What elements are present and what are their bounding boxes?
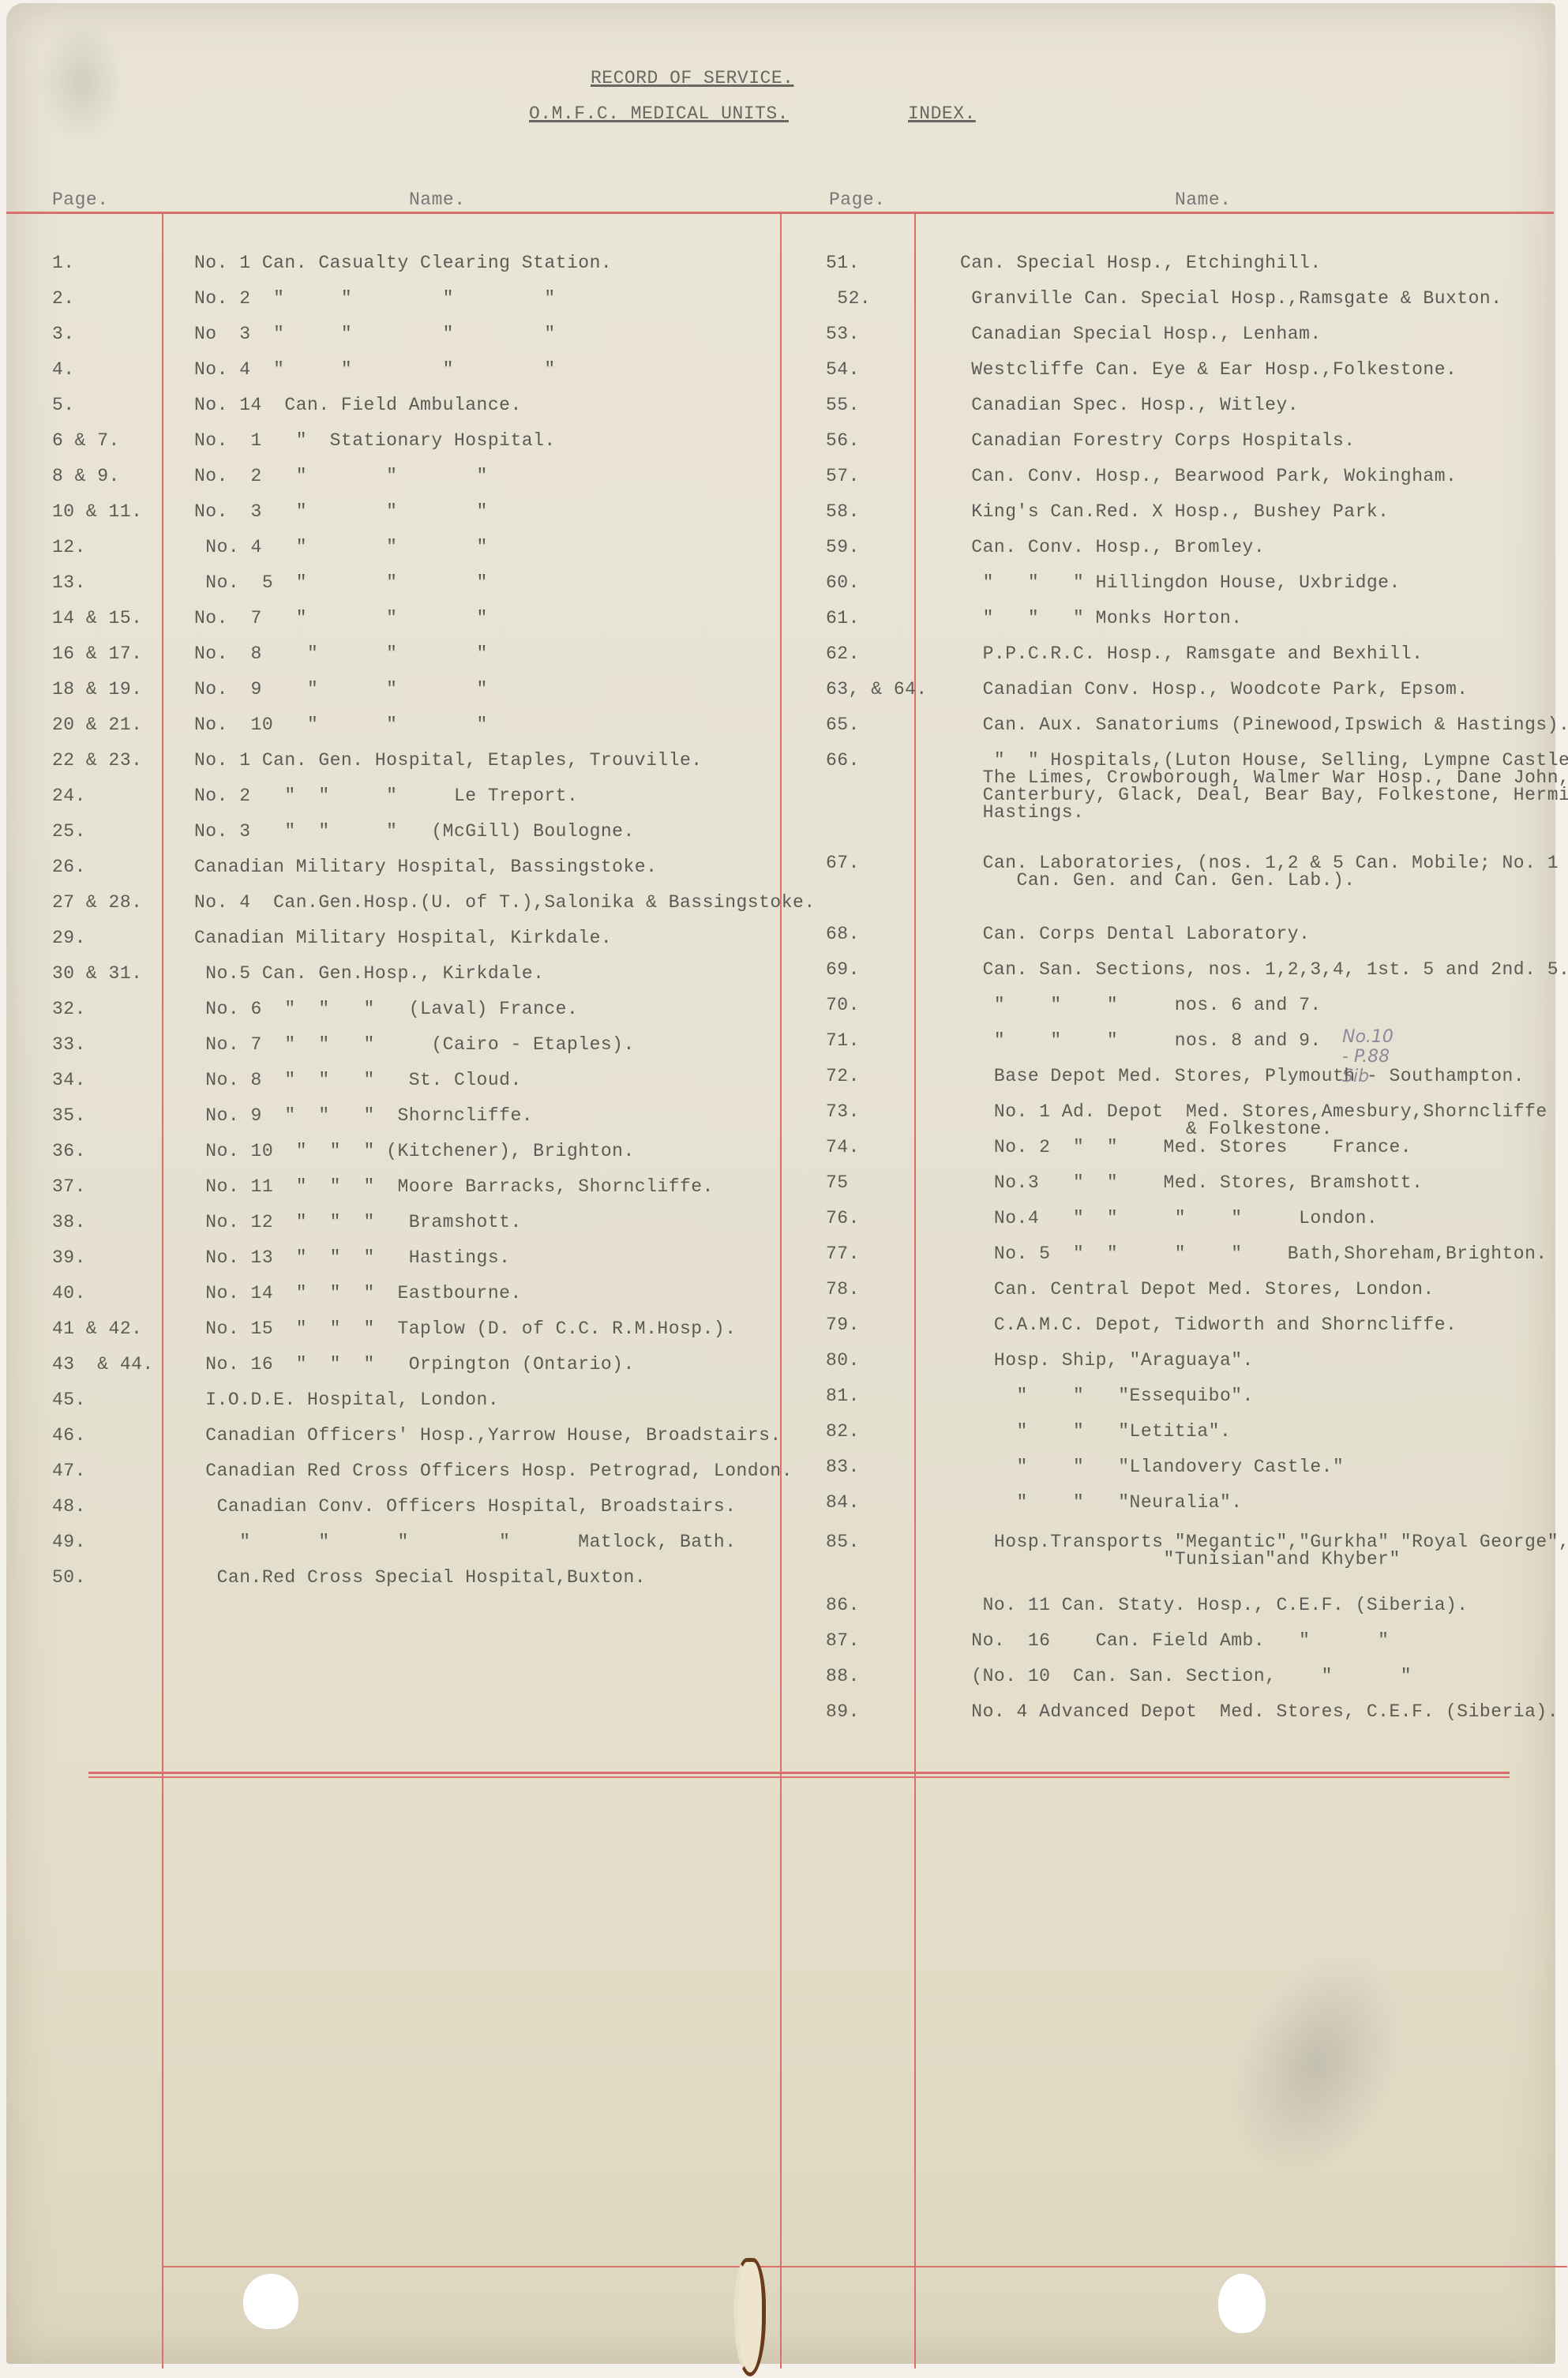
index-label: INDEX. — [908, 103, 976, 124]
page-number: 88. — [826, 1666, 860, 1686]
unit-name: " " " Hillingdon House, Uxbridge. — [960, 572, 1401, 593]
footer-rule-lower — [88, 1776, 1510, 1778]
left-column-divider — [162, 213, 163, 2369]
page-number: 82. — [826, 1421, 860, 1442]
unit-name: No. 5 " " " — [194, 572, 488, 593]
unit-name: No. 4 Can.Gen.Hosp.(U. of T.),Salonika &… — [194, 892, 816, 913]
unit-name: No. 11 Can. Staty. Hosp., C.E.F. (Siberi… — [960, 1595, 1469, 1615]
page-number: 12. — [52, 537, 86, 557]
page-number: 79. — [826, 1315, 860, 1335]
page-number: 67. — [826, 853, 860, 873]
page-number: 49. — [52, 1532, 86, 1552]
unit-name: No 3 " " " " — [194, 324, 556, 344]
unit-name: No. 14 " " " Eastbourne. — [194, 1283, 522, 1303]
page-number: 20 & 21. — [52, 715, 142, 735]
unit-name: Can. San. Sections, nos. 1,2,3,4, 1st. 5… — [960, 959, 1568, 980]
unit-name: No. 2 " " " Le Treport. — [194, 786, 578, 806]
page-number: 41 & 42. — [52, 1318, 142, 1339]
unit-name: Westcliffe Can. Eye & Ear Hosp.,Folkesto… — [960, 359, 1457, 380]
page-number: 54. — [826, 359, 860, 380]
page-number: 48. — [52, 1496, 86, 1517]
page-number: 37. — [52, 1176, 86, 1197]
unit-name-continuation: "Tunisian"and Khyber" — [960, 1549, 1401, 1570]
page-number: 70. — [826, 995, 860, 1015]
unit-name: " " " Monks Horton. — [960, 608, 1243, 628]
footer-rule-upper — [88, 1772, 1510, 1774]
unit-name: " " "Llandovery Castle." — [960, 1457, 1344, 1477]
unit-name: Canadian Conv. Hosp., Woodcote Park, Eps… — [960, 679, 1469, 700]
unit-name: " " "Letitia". — [960, 1421, 1231, 1442]
unit-name: " " "Neuralia". — [960, 1492, 1243, 1513]
page-number: 62. — [826, 643, 860, 664]
page-number: 78. — [826, 1279, 860, 1300]
unit-name: Granville Can. Special Hosp.,Ramsgate & … — [960, 288, 1502, 309]
unit-name: No. 6 " " " (Laval) France. — [194, 999, 578, 1019]
page-number: 59. — [826, 537, 860, 557]
page-number: 1. — [52, 253, 75, 273]
unit-name: C.A.M.C. Depot, Tidworth and Shorncliffe… — [960, 1315, 1457, 1335]
unit-name: Canadian Red Cross Officers Hosp. Petrog… — [194, 1461, 793, 1481]
unit-name: Canadian Military Hospital, Kirkdale. — [194, 928, 612, 948]
page-number: 38. — [52, 1212, 86, 1232]
unit-name: " " " nos. 8 and 9. — [960, 1030, 1322, 1051]
unit-name: No. 9 " " " — [194, 679, 488, 700]
unit-name: Canadian Special Hosp., Lenham. — [960, 324, 1322, 344]
unit-name: No. 1 Can. Casualty Clearing Station. — [194, 253, 612, 273]
unit-name: No. 8 " " " — [194, 643, 488, 664]
page-number: 25. — [52, 821, 86, 842]
unit-name: Can. Conv. Hosp., Bearwood Park, Wokingh… — [960, 466, 1457, 486]
page-number: 56. — [826, 430, 860, 451]
unit-name: No. 7 " " " — [194, 608, 488, 628]
unit-name: No. 16 " " " Orpington (Ontario). — [194, 1354, 635, 1375]
page-number: 75 — [826, 1172, 849, 1193]
page-number: 76. — [826, 1208, 860, 1228]
page-number: 6 & 7. — [52, 430, 120, 451]
page-number: 69. — [826, 959, 860, 980]
page-number: 46. — [52, 1425, 86, 1446]
page-number: 58. — [826, 501, 860, 522]
unit-name: No. 3 " " " — [194, 501, 488, 522]
unit-name: Can.Red Cross Special Hospital,Buxton. — [194, 1567, 646, 1588]
page-number: 22 & 23. — [52, 750, 142, 771]
unit-name: Base Depot Med. Stores, Plymouth - South… — [960, 1066, 1525, 1086]
page-number: 61. — [826, 608, 860, 628]
unit-name: No. 9 " " " Shorncliffe. — [194, 1105, 533, 1126]
page-number: 47. — [52, 1461, 86, 1481]
unit-name: I.O.D.E. Hospital, London. — [194, 1390, 499, 1410]
page-number: 3. — [52, 324, 75, 344]
unit-name: Canadian Spec. Hosp., Witley. — [960, 395, 1299, 415]
unit-name: Canadian Military Hospital, Bassingstoke… — [194, 857, 657, 877]
unit-name: No. 8 " " " St. Cloud. — [194, 1070, 522, 1090]
page-number: 30 & 31. — [52, 963, 142, 984]
unit-name: (No. 10 Can. San. Section, " " — [960, 1666, 1412, 1686]
unit-name: Can. Conv. Hosp., Bromley. — [960, 537, 1265, 557]
page-number: 8 & 9. — [52, 466, 120, 486]
page-number: 89. — [826, 1701, 860, 1722]
unit-name: No.3 " " Med. Stores, Bramshott. — [960, 1172, 1423, 1193]
page-number: 74. — [826, 1137, 860, 1157]
page-number: 18 & 19. — [52, 679, 142, 700]
unit-name: No. 4 " " " — [194, 537, 488, 557]
unit-name: No. 14 Can. Field Ambulance. — [194, 395, 522, 415]
right-column-divider — [914, 213, 916, 2369]
unit-name: No. 13 " " " Hastings. — [194, 1247, 510, 1268]
document-subtitle: O.M.F.C. MEDICAL UNITS. — [529, 103, 789, 124]
unit-name: No. 2 " " Med. Stores France. — [960, 1137, 1412, 1157]
unit-name: " " " nos. 6 and 7. — [960, 995, 1322, 1015]
unit-name: Canadian Conv. Officers Hospital, Broads… — [194, 1496, 737, 1517]
page-number: 4. — [52, 359, 75, 380]
page-number: 71. — [826, 1030, 860, 1051]
page-number: 80. — [826, 1350, 860, 1371]
page-number: 87. — [826, 1630, 860, 1651]
unit-name: No. 1 " Stationary Hospital. — [194, 430, 556, 451]
unit-name: No.5 Can. Gen.Hosp., Kirkdale. — [194, 963, 544, 984]
unit-name: P.P.C.R.C. Hosp., Ramsgate and Bexhill. — [960, 643, 1423, 664]
page-number: 16 & 17. — [52, 643, 142, 664]
page-number: 63, & 64. — [826, 679, 928, 700]
right-header-name: Name. — [1175, 189, 1232, 210]
left-header-name: Name. — [409, 189, 466, 210]
page-number: 35. — [52, 1105, 86, 1126]
page-number: 33. — [52, 1034, 86, 1055]
unit-name: No. 12 " " " Bramshott. — [194, 1212, 522, 1232]
page-number: 60. — [826, 572, 860, 593]
unit-name: No. 10 " " " (Kitchener), Brighton. — [194, 1141, 635, 1161]
ink-smudge — [1195, 1923, 1439, 2204]
page-number: 34. — [52, 1070, 86, 1090]
page-number: 29. — [52, 928, 86, 948]
unit-name: Canadian Officers' Hosp.,Yarrow House, B… — [194, 1425, 782, 1446]
page-number: 86. — [826, 1595, 860, 1615]
unit-name: No. 16 Can. Field Amb. " " — [960, 1630, 1390, 1651]
unit-name: No. 2 " " " — [194, 466, 488, 486]
page-number: 83. — [826, 1457, 860, 1477]
unit-name: No. 11 " " " Moore Barracks, Shorncliffe… — [194, 1176, 714, 1197]
unit-name: " " "Essequibo". — [960, 1386, 1254, 1406]
punch-hole-right — [1218, 2274, 1266, 2333]
page-number: 84. — [826, 1492, 860, 1513]
page-number: 39. — [52, 1247, 86, 1268]
page-number: 45. — [52, 1390, 86, 1410]
page-number: 72. — [826, 1066, 860, 1086]
unit-name: Hosp. Ship, "Araguaya". — [960, 1350, 1254, 1371]
unit-name: No. 7 " " " (Cairo - Etaples). — [194, 1034, 635, 1055]
unit-name-continuation: Hastings. — [960, 802, 1084, 823]
document-title: RECORD OF SERVICE. — [591, 68, 793, 88]
unit-name: Can. Corps Dental Laboratory. — [960, 924, 1310, 944]
unit-name: No. 4 Advanced Depot Med. Stores, C.E.F.… — [960, 1701, 1559, 1722]
page-number: 5. — [52, 395, 75, 415]
unit-name: Canadian Forestry Corps Hospitals. — [960, 430, 1356, 451]
page-number: 85. — [826, 1532, 860, 1552]
page-number: 14 & 15. — [52, 608, 142, 628]
page-number: 53. — [826, 324, 860, 344]
unit-name: No. 1 Can. Gen. Hospital, Etaples, Trouv… — [194, 750, 703, 771]
unit-name: " " " " Matlock, Bath. — [194, 1532, 737, 1552]
unit-name: King's Can.Red. X Hosp., Bushey Park. — [960, 501, 1390, 522]
center-divider — [780, 213, 782, 2369]
unit-name: No. 15 " " " Taplow (D. of C.C. R.M.Hosp… — [194, 1318, 737, 1339]
unit-name: Can. Central Depot Med. Stores, London. — [960, 1279, 1435, 1300]
unit-name: No. 3 " " " (McGill) Boulogne. — [194, 821, 635, 842]
unit-name: Can. Special Hosp., Etchinghill. — [960, 253, 1322, 273]
punch-hole-left — [243, 2274, 298, 2329]
unit-name: No. 2 " " " " — [194, 288, 556, 309]
page-number: 24. — [52, 786, 86, 806]
page-number: 81. — [826, 1386, 860, 1406]
page-number: 52. — [826, 288, 871, 309]
right-header-page: Page. — [829, 189, 886, 210]
page-number: 40. — [52, 1283, 86, 1303]
page-number: 26. — [52, 857, 86, 877]
page-number: 73. — [826, 1101, 860, 1122]
page-number: 57. — [826, 466, 860, 486]
page-number: 13. — [52, 572, 86, 593]
paper-tear — [734, 2258, 766, 2376]
page-number: 10 & 11. — [52, 501, 142, 522]
unit-name: No. 10 " " " — [194, 715, 488, 735]
unit-name: No. 4 " " " " — [194, 359, 556, 380]
unit-name: No.4 " " " " London. — [960, 1208, 1378, 1228]
page-number: 65. — [826, 715, 860, 735]
page-number: 27 & 28. — [52, 892, 142, 913]
unit-name-continuation: Can. Gen. and Can. Gen. Lab.). — [960, 870, 1356, 891]
page-number: 43 & 44. — [52, 1354, 154, 1375]
page-number: 77. — [826, 1243, 860, 1264]
page-number: 50. — [52, 1567, 86, 1588]
page-number: 55. — [826, 395, 860, 415]
page-number: 36. — [52, 1141, 86, 1161]
page-number: 66. — [826, 750, 860, 771]
bottom-rule — [162, 2266, 1567, 2267]
unit-name: Can. Aux. Sanatoriums (Pinewood,Ipswich … — [960, 715, 1568, 735]
page-number: 2. — [52, 288, 75, 309]
page-number: 51. — [826, 253, 860, 273]
page-number: 68. — [826, 924, 860, 944]
left-header-page: Page. — [52, 189, 109, 210]
page-number: 32. — [52, 999, 86, 1019]
unit-name: No. 5 " " " " Bath,Shoreham,Brighton. — [960, 1243, 1547, 1264]
